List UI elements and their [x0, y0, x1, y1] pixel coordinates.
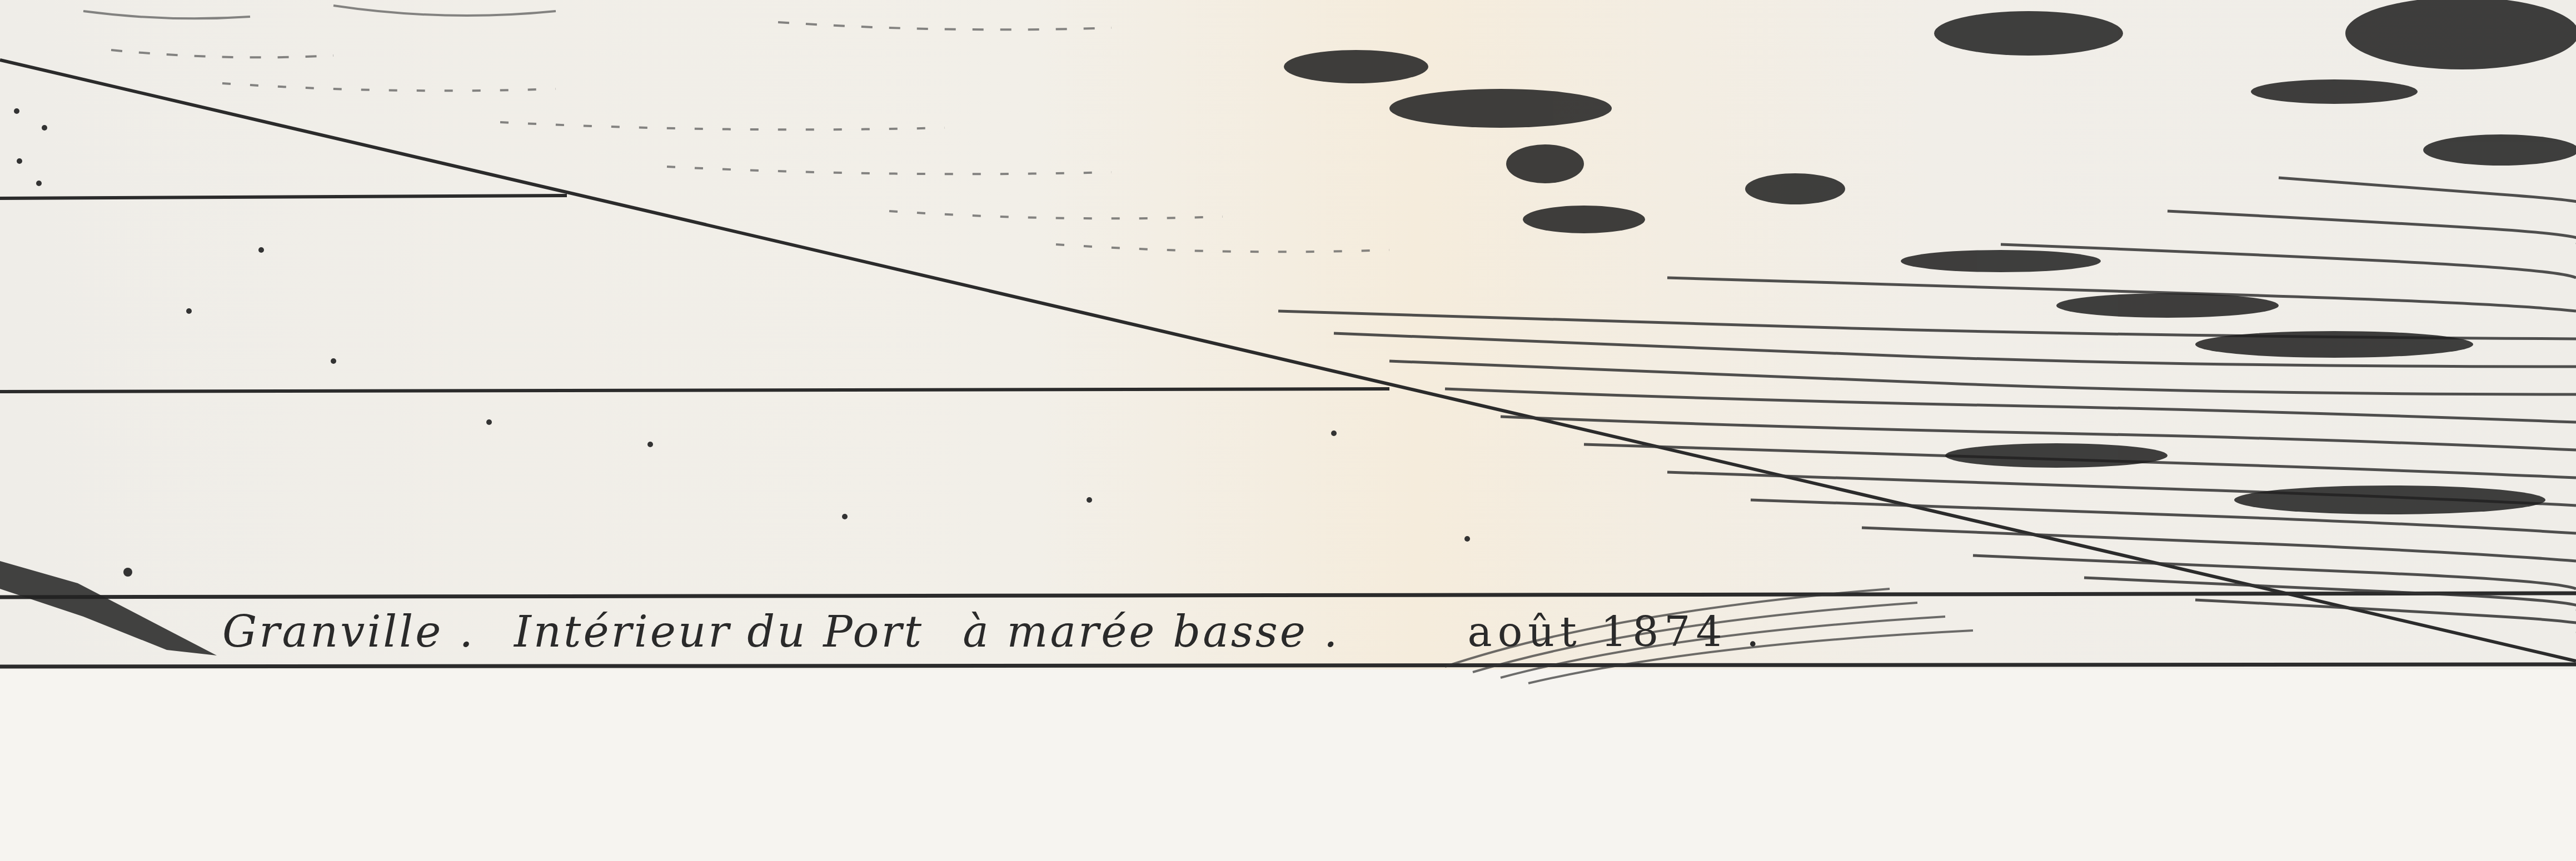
caption-place: Granville .: [222, 607, 475, 657]
etching-plate: [0, 0, 2576, 861]
caption-band-top: [0, 593, 2576, 597]
etching-caption: Granville . Intérieur du Port à marée ba…: [222, 599, 2390, 665]
diagonal-plate-line: [0, 60, 2576, 661]
caption-title-1: Intérieur du Port: [514, 607, 924, 657]
ruled-line-1: [0, 196, 567, 198]
sky-strokes: [83, 6, 1389, 252]
ruled-line-2: [0, 389, 1389, 392]
boat-bow-shape: [0, 561, 217, 655]
water-hatching: [1278, 178, 2576, 633]
caption-title-2: à marée basse .: [963, 607, 1339, 657]
etching-sheet: Granville . Intérieur du Port à marée ba…: [0, 0, 2576, 861]
boat-shapes: [1284, 0, 2576, 514]
caption-date: août 1874 .: [1468, 608, 1765, 656]
scattered-dots: [14, 108, 1470, 577]
